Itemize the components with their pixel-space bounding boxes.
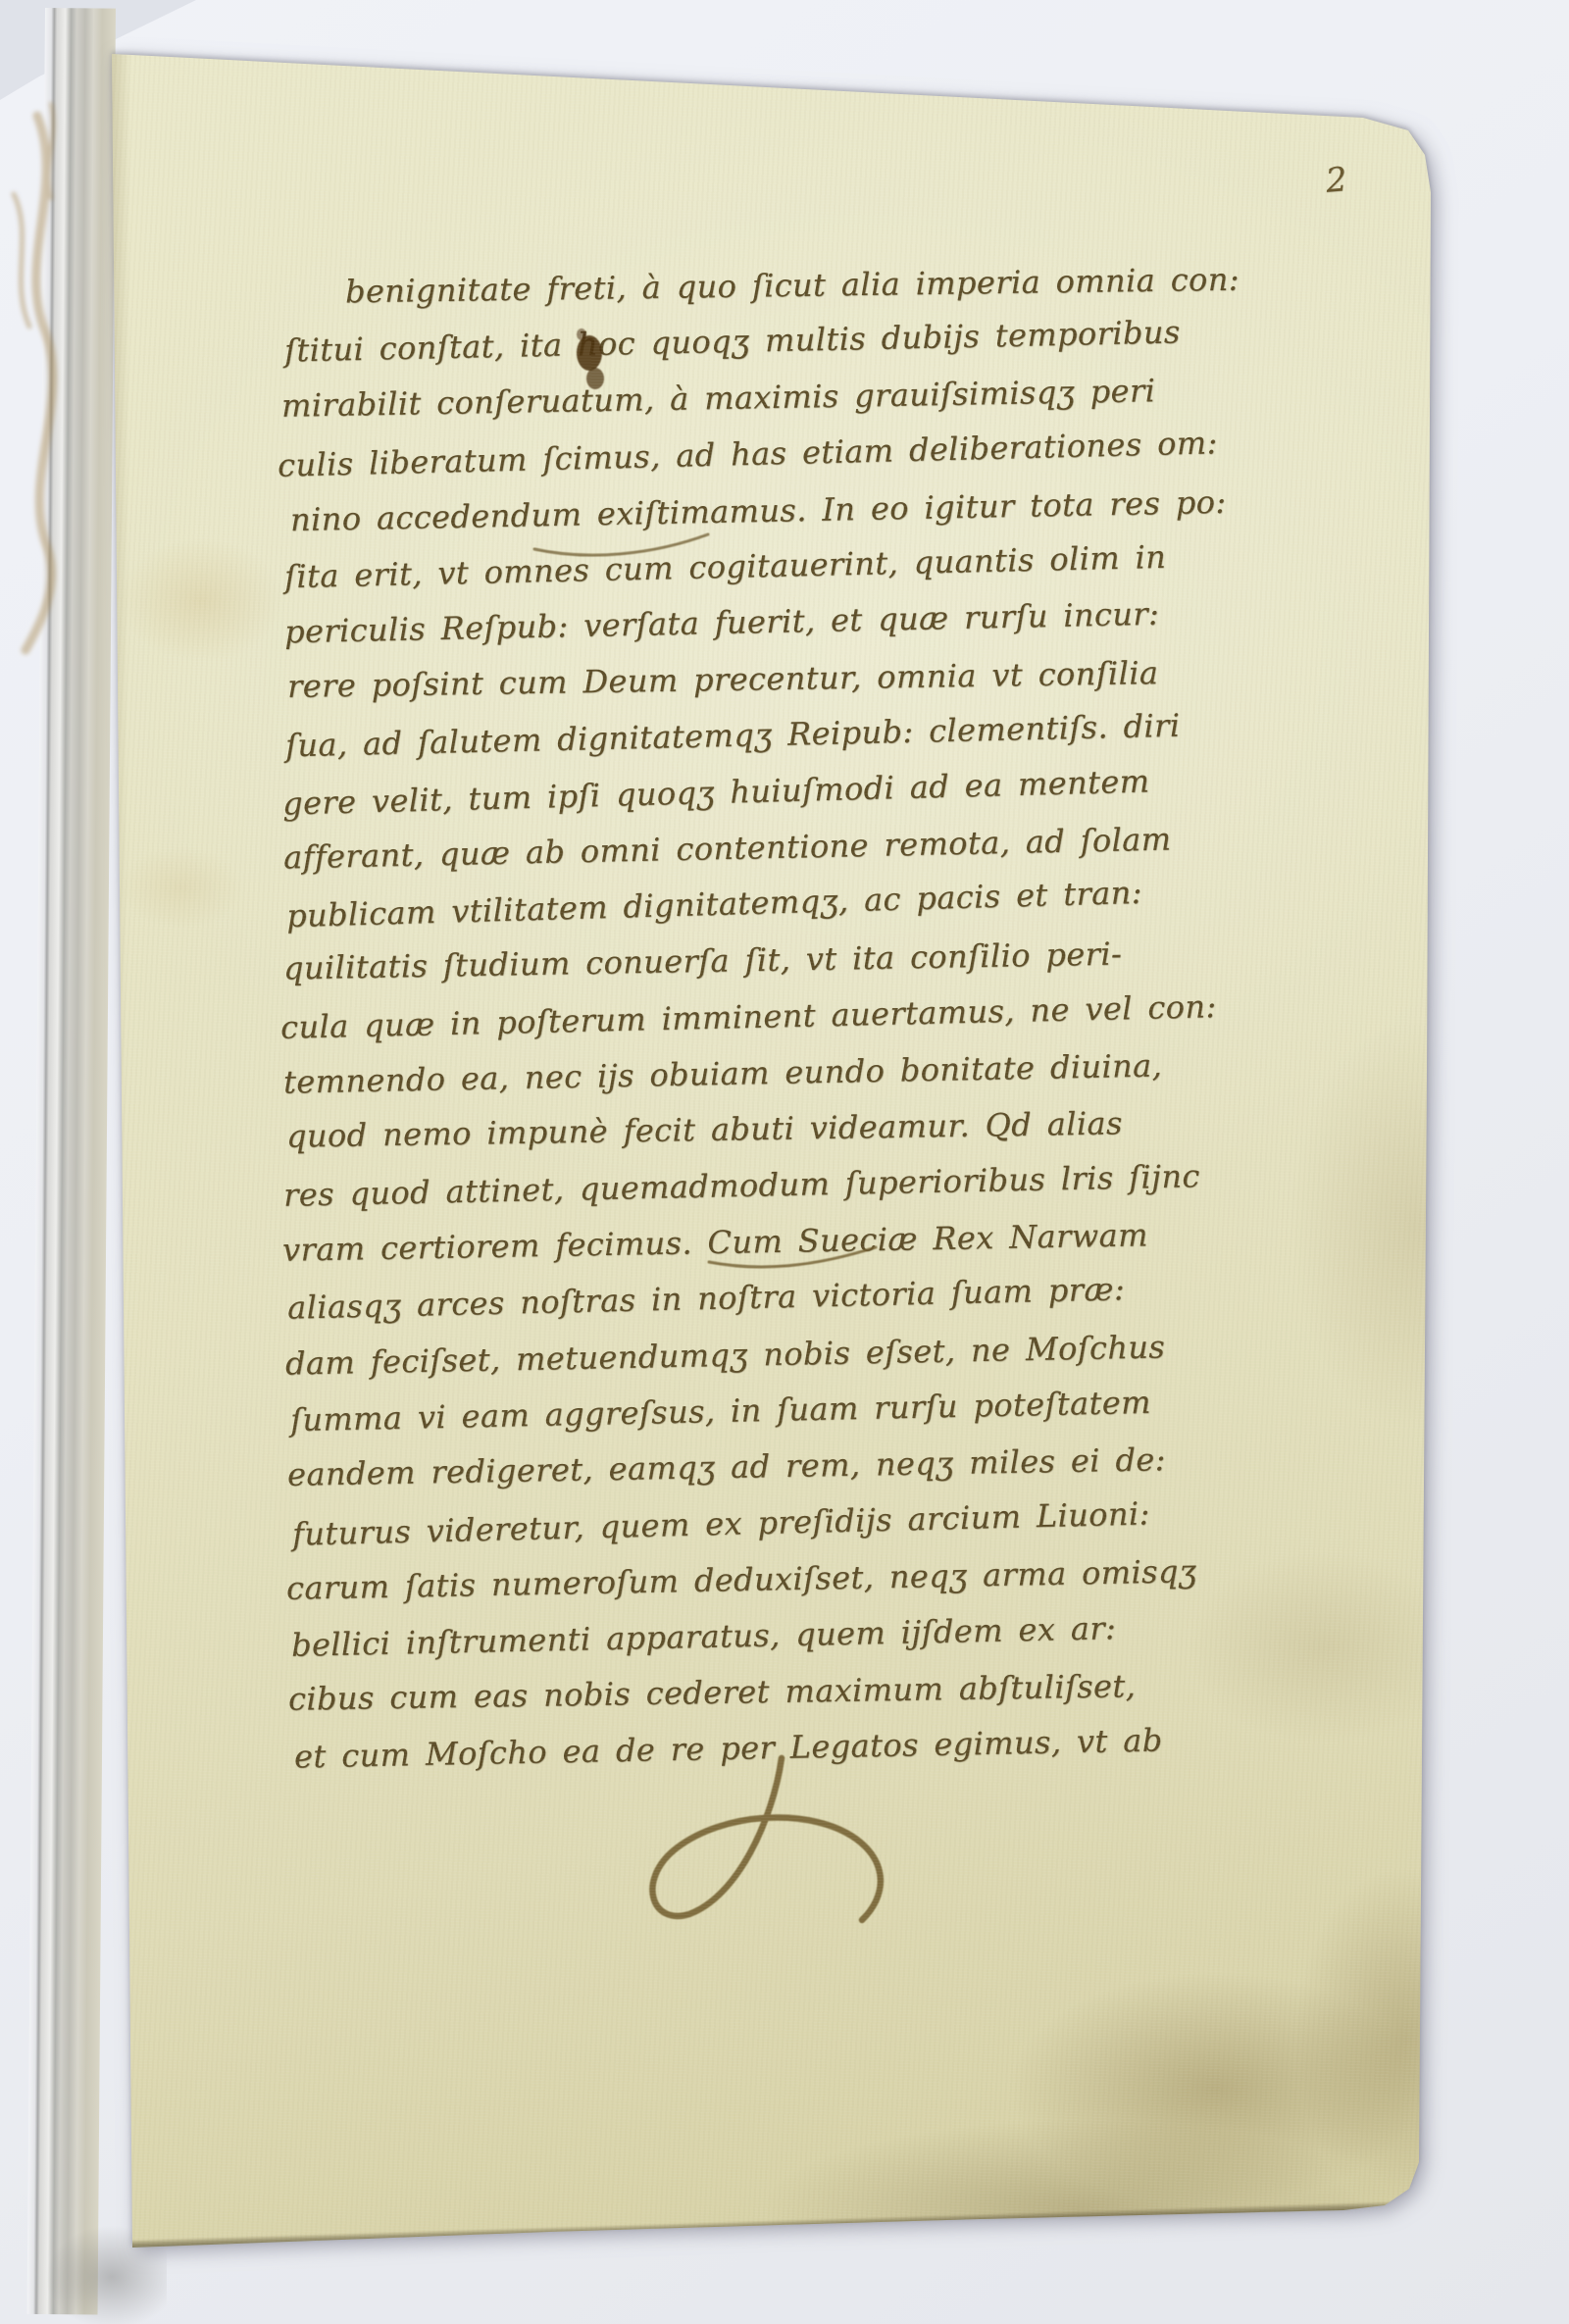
manuscript-line-8: rere poſsint cum Deum precentur, omnia v… [287, 654, 1159, 705]
manuscript-line-6: ſita erit, vt omnes cum cogitauerint, qu… [284, 538, 1167, 595]
manuscript-line-13: quilitatis ſtudium conuerſa ſit, vt ita … [283, 935, 1123, 987]
manuscript-line-18: vram certiorem fecimus. Cum Sueciæ Rex N… [282, 1216, 1148, 1268]
manuscript-line-9: ſua, ad ſalutem dignitatemqʒ Reipub: cle… [285, 707, 1181, 765]
manuscript-line-11: afferant, quæ ab omni contentione remota… [283, 821, 1172, 877]
page-number: 2 [1324, 160, 1348, 201]
manuscript-line-25: bellici inſtrumenti apparatus, quem ijſd… [291, 1609, 1117, 1664]
manuscript-line-20: dam feciſset, metuendumqʒ nobis eſset, n… [285, 1328, 1166, 1382]
paper-shadow-wrap: 2 benignitate freti, à quo ſicut alia im… [0, 0, 1569, 2324]
manuscript-line-4: culis liberatum ſcimus, ad has etiam del… [278, 424, 1218, 483]
manuscript-page: 2 benignitate freti, à quo ſicut alia im… [0, 0, 1569, 2324]
manuscript-line-7: periculis Reſpub: verſata fuerit, et quæ… [284, 595, 1160, 651]
manuscript-line-5: nino accedendum exiſtimamus. In eo igitu… [290, 483, 1227, 538]
gutter-shade [92, 49, 131, 2255]
calligraphic-flourish [652, 1758, 880, 1920]
manuscript-line-24: carum ſatis numeroſum deduxiſset, neqʒ a… [286, 1552, 1197, 1607]
manuscript-line-26: cibus cum eas nobis cederet maximum abſt… [288, 1667, 1137, 1718]
manuscript-line-17: res quod attinet, quemadmodum ſuperiorib… [283, 1157, 1200, 1214]
manuscript-line-10: gere velit, tum ipſi quoqʒ huiuſmodi ad … [282, 762, 1150, 822]
page-bottom-edge [130, 2200, 1417, 2251]
manuscript-scan: 2 benignitate freti, à quo ſicut alia im… [0, 0, 1569, 2324]
manuscript-line-1: benignitate freti, à quo ſicut alia impe… [345, 261, 1240, 311]
manuscript-line-22: eandem redigeret, eamqʒ ad rem, neqʒ mil… [287, 1440, 1166, 1493]
manuscript-line-27: et cum Moſcho ea de re per Legatos egimu… [294, 1722, 1163, 1776]
manuscript-line-2: ſtitui conſtat, ita hoc quoqʒ multis dub… [284, 313, 1181, 369]
manuscript-line-12: publicam vtilitatem dignitatemqʒ, ac pac… [286, 874, 1143, 935]
manuscript-line-3: mirabilit conſeruatum, à maximis grauiſs… [281, 372, 1156, 425]
manuscript-line-23: futurus videretur, quem ex preſidijs arc… [292, 1494, 1150, 1552]
manuscript-line-19: aliasqʒ arces noſtras in noſtra victoria… [287, 1270, 1126, 1326]
manuscript-line-14: cula quæ in poſterum imminent auertamus,… [280, 987, 1217, 1046]
manuscript-line-15: temnendo ea, nec ijs obuiam eundo bonita… [283, 1046, 1163, 1100]
manuscript-line-16: quod nemo impunè fecit abuti videamur. Q… [286, 1104, 1123, 1154]
manuscript-line-21: ſumma vi eam aggreſsus, in ſuam rurſu po… [290, 1384, 1151, 1439]
